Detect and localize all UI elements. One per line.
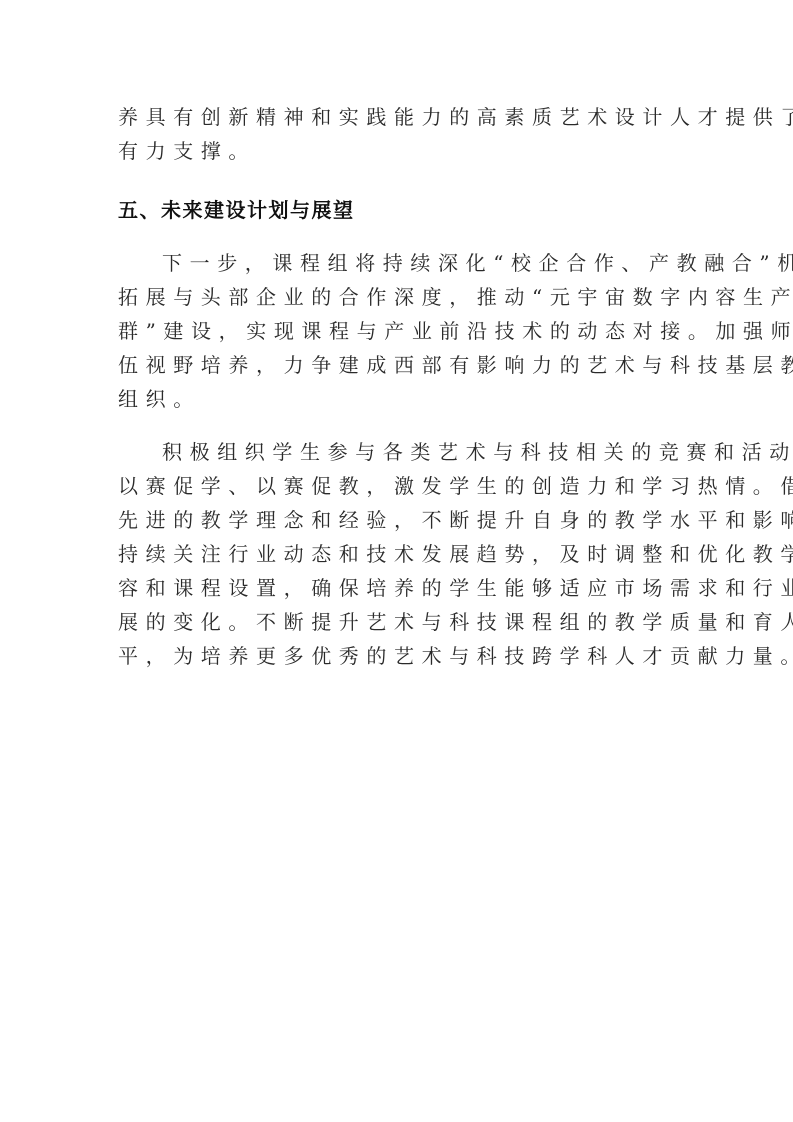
text-line: 积极组织学生参与各类艺术与科技相关的竞赛和活动， <box>162 439 793 465</box>
text-line: 持续关注行业动态和技术发展趋势，及时调整和优化教学内 <box>118 541 793 567</box>
text-line: 容和课程设置，确保培养的学生能够适应市场需求和行业发 <box>118 575 793 601</box>
text-line: 养具有创新精神和实践能力的高素质艺术设计人才提供了 <box>118 104 793 130</box>
text-line: 伍视野培养，力争建成西部有影响力的艺术与科技基层教学 <box>118 352 793 378</box>
document-page: 养具有创新精神和实践能力的高素质艺术设计人才提供了 有力支撑。 五、未来建设计划… <box>0 0 793 1122</box>
text-line: 展的变化。不断提升艺术与科技课程组的教学质量和育人水 <box>118 609 793 635</box>
text-line: 拓展与头部企业的合作深度，推动“元宇宙数字内容生产专业 <box>118 284 793 310</box>
text-line: 平，为培养更多优秀的艺术与科技跨学科人才贡献力量。 <box>118 643 793 669</box>
text-line: 先进的教学理念和经验，不断提升自身的教学水平和影响力。 <box>118 507 793 533</box>
text-line: 下一步，课程组将持续深化“校企合作、产教融合”机制， <box>162 250 793 276</box>
text-line: 有力支撑。 <box>118 138 256 164</box>
text-line: 以赛促学、以赛促教，激发学生的创造力和学习热情。借鉴 <box>118 473 793 499</box>
section-heading: 五、未来建设计划与展望 <box>118 197 355 223</box>
text-line: 组织。 <box>118 386 201 412</box>
text-line: 群”建设，实现课程与产业前沿技术的动态对接。加强师资队 <box>118 318 793 344</box>
